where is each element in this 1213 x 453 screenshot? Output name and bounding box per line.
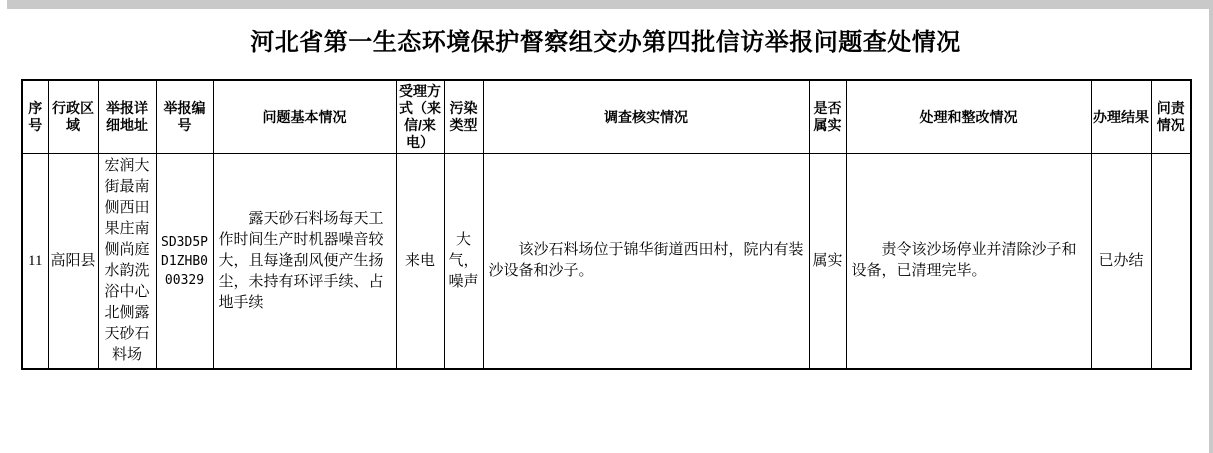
header-region: 行政区域	[48, 80, 98, 154]
header-report-no: 举报编号	[156, 80, 213, 154]
cell-result: 已办结	[1091, 154, 1151, 370]
cell-accountability	[1151, 154, 1191, 370]
header-problem: 问题基本情况	[213, 80, 396, 154]
handling-text: 责令该沙场停业并清除沙子和设备，已清理完毕。	[849, 240, 1089, 282]
cell-seq: 11	[22, 154, 48, 370]
header-result: 办理结果	[1091, 80, 1151, 154]
header-seq: 序号	[22, 80, 48, 154]
table-header-row: 序号 行政区域 举报详细地址 举报编号 问题基本情况 受理方式（来信/来电） 污…	[22, 80, 1191, 154]
investigation-text: 该沙石料场位于锦华街道西田村，院内有装沙设备和沙子。	[486, 240, 807, 282]
header-pollution-type: 污染类型	[444, 80, 483, 154]
cell-report-no: SD3D5PD1ZHB000329	[156, 154, 213, 370]
cell-address: 宏润大街最南侧西田果庄南侧尚庭水韵洗浴中心北侧露天砂石料场	[98, 154, 156, 370]
header-investigation: 调查核实情况	[483, 80, 809, 154]
header-method: 受理方式（来信/来电）	[396, 80, 444, 154]
scrollbar-track[interactable]	[1209, 0, 1213, 453]
cell-region: 高阳县	[48, 154, 98, 370]
cell-verified: 属实	[809, 154, 846, 370]
cell-method: 来电	[396, 154, 444, 370]
report-table: 序号 行政区域 举报详细地址 举报编号 问题基本情况 受理方式（来信/来电） 污…	[21, 79, 1192, 370]
cell-investigation: 该沙石料场位于锦华街道西田村，院内有装沙设备和沙子。	[483, 154, 809, 370]
header-verified: 是否属实	[809, 80, 846, 154]
header-handling: 处理和整改情况	[846, 80, 1091, 154]
page-title: 河北省第一生态环境保护督察组交办第四批信访举报问题查处情况	[21, 28, 1190, 58]
header-accountability: 问责情况	[1151, 80, 1191, 154]
header-address: 举报详细地址	[98, 80, 156, 154]
problem-text: 露天砂石料场每天工作时间生产时机器噪音较大，且每逢刮风便产生扬尘，未持有环评手续…	[216, 209, 394, 314]
cell-problem: 露天砂石料场每天工作时间生产时机器噪音较大，且每逢刮风便产生扬尘，未持有环评手续…	[213, 154, 396, 370]
window-top-edge	[7, 0, 1213, 9]
document-page: 河北省第一生态环境保护督察组交办第四批信访举报问题查处情况 序号 行政区域 举报…	[21, 28, 1190, 370]
cell-pollution-type: 大气，噪声	[444, 154, 483, 370]
cell-handling: 责令该沙场停业并清除沙子和设备，已清理完毕。	[846, 154, 1091, 370]
table-row: 11 高阳县 宏润大街最南侧西田果庄南侧尚庭水韵洗浴中心北侧露天砂石料场 SD3…	[22, 154, 1191, 370]
